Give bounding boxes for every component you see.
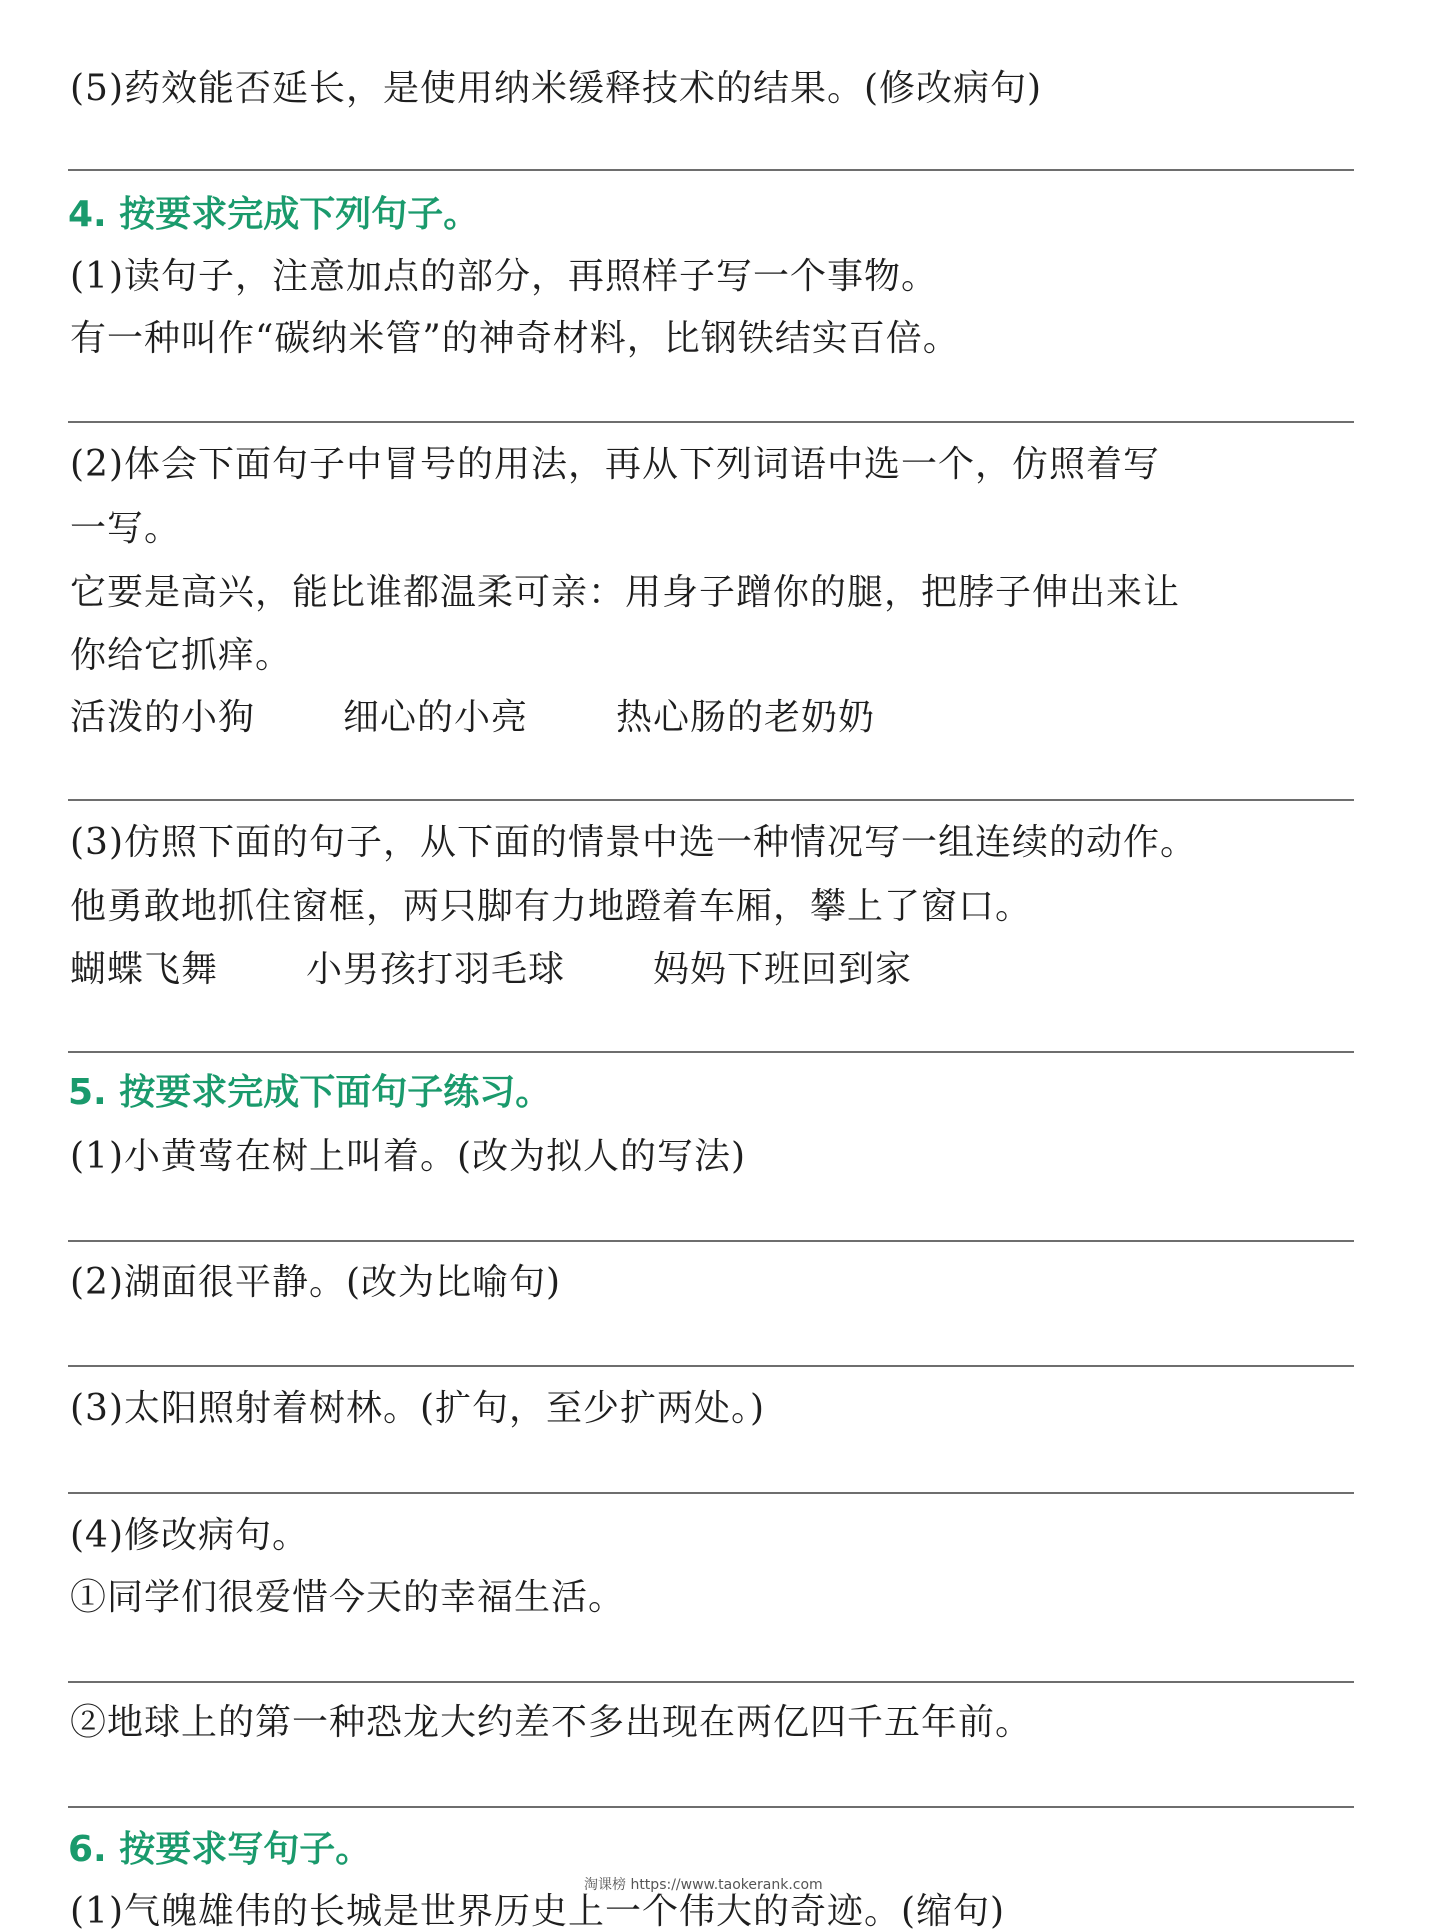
section-6-heading: 6. 按要求写句子。 bbox=[68, 1828, 371, 1872]
section-5-item-4-prompt: (4)修改病句。 bbox=[70, 1514, 309, 1558]
choice-word: 热心肠的老奶奶 bbox=[616, 696, 875, 740]
answer-line[interactable] bbox=[68, 1492, 1354, 1494]
answer-line[interactable] bbox=[68, 169, 1354, 171]
answer-line[interactable] bbox=[68, 1365, 1354, 1367]
section-4-item-2-choices: 活泼的小狗细心的小亮热心肠的老奶奶 bbox=[70, 696, 875, 740]
section-5-item-2: (2)湖面很平静。(改为比喻句) bbox=[70, 1261, 561, 1305]
choice-word: 活泼的小狗 bbox=[70, 696, 255, 740]
section-5-item-3: (3)太阳照射着树林。(扩句，至少扩两处。) bbox=[70, 1387, 765, 1431]
section-5-heading: 5. 按要求完成下面句子练习。 bbox=[68, 1071, 551, 1115]
answer-line[interactable] bbox=[68, 1051, 1354, 1053]
section-5-item-4-sub-2: ②地球上的第一种恐龙大约差不多出现在两亿四千五年前。 bbox=[70, 1701, 1032, 1745]
choice-word: 小男孩打羽毛球 bbox=[306, 948, 565, 992]
question-item-5: (5)药效能否延长，是使用纳米缓释技术的结果。(修改病句) bbox=[70, 67, 1042, 111]
choice-word: 蝴蝶飞舞 bbox=[70, 948, 218, 992]
answer-line[interactable] bbox=[68, 799, 1354, 801]
section-4-item-1-example: 有一种叫作“碳纳米管”的神奇材料，比钢铁结实百倍。 bbox=[70, 317, 960, 361]
answer-line[interactable] bbox=[68, 1806, 1354, 1808]
section-4-item-2-prompt-line-1: (2)体会下面句子中冒号的用法，再从下列词语中选一个，仿照着写 bbox=[70, 443, 1160, 487]
section-4-item-2-example-line-1: 它要是高兴，能比谁都温柔可亲：用身子蹭你的腿，把脖子伸出来让 bbox=[70, 571, 1180, 615]
answer-line[interactable] bbox=[68, 1681, 1354, 1683]
section-5-item-4-sub-1: ①同学们很爱惜今天的幸福生活。 bbox=[70, 1576, 625, 1620]
choice-word: 细心的小亮 bbox=[343, 696, 528, 740]
section-6-item-1: (1)气魄雄伟的长城是世界历史上一个伟大的奇迹。(缩句) bbox=[70, 1890, 1005, 1930]
answer-line[interactable] bbox=[68, 421, 1354, 423]
section-4-item-1-prompt: (1)读句子，注意加点的部分，再照样子写一个事物。 bbox=[70, 255, 938, 299]
section-5-item-1: (1)小黄莺在树上叫着。(改为拟人的写法) bbox=[70, 1135, 746, 1179]
watermark: 淘课榜 https://www.taokerank.com bbox=[584, 1876, 823, 1894]
section-4-item-2-example-line-2: 你给它抓痒。 bbox=[70, 634, 292, 678]
section-4-heading: 4. 按要求完成下列句子。 bbox=[68, 193, 479, 237]
answer-line[interactable] bbox=[68, 1240, 1354, 1242]
section-4-item-2-prompt-line-2: 一写。 bbox=[70, 507, 181, 551]
section-4-item-3-example: 他勇敢地抓住窗框，两只脚有力地蹬着车厢，攀上了窗口。 bbox=[70, 885, 1032, 929]
section-4-item-3-prompt: (3)仿照下面的句子，从下面的情景中选一种情况写一组连续的动作。 bbox=[70, 821, 1197, 865]
choice-word: 妈妈下班回到家 bbox=[653, 948, 912, 992]
section-4-item-3-choices: 蝴蝶飞舞小男孩打羽毛球妈妈下班回到家 bbox=[70, 948, 912, 992]
